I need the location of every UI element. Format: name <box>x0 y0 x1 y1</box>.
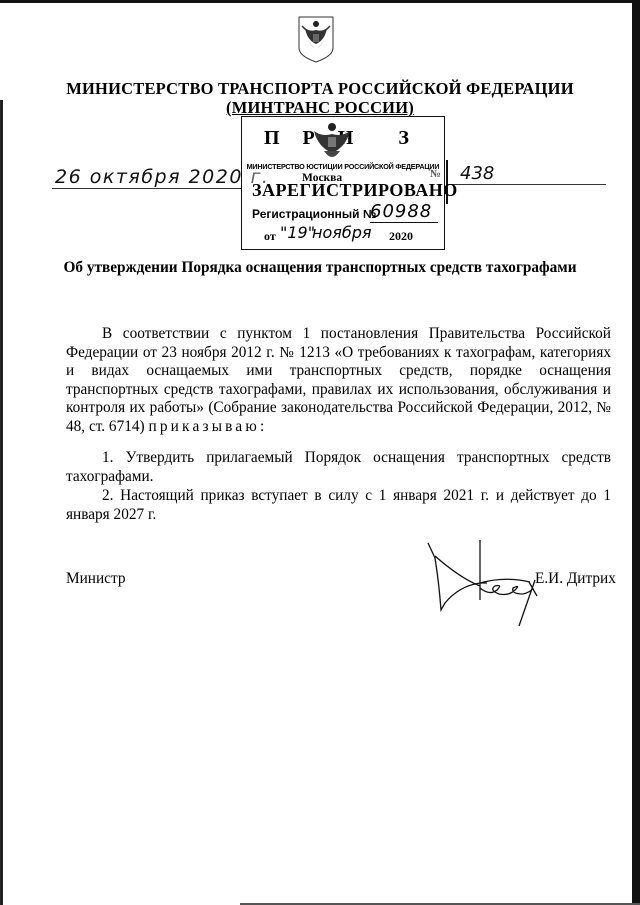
number-underline <box>448 184 606 185</box>
order-item-2-text: 2. Настоящий приказ вступает в силу с 1 … <box>66 487 611 524</box>
order-item-2: 2. Настоящий приказ вступает в силу с 1 … <box>66 487 611 524</box>
order-date-handwritten: 26 октября 2020 г. <box>55 166 269 188</box>
document-title: Об утверждении Порядка оснащения транспо… <box>0 259 640 277</box>
stamp-regno-label: Регистрационный № <box>252 207 376 221</box>
stamp-registered-label: ЗАРЕГИСТРИРОВАНО <box>252 180 458 201</box>
preamble-paragraph: В соответствии с пунктом 1 постановления… <box>66 325 611 436</box>
order-item-1-text: 1. Утвердить прилагаемый Порядок оснащен… <box>66 449 611 486</box>
stamp-justice-ministry: МИНИСТЕРСТВО ЮСТИЦИИ РОССИЙСКОЙ ФЕДЕРАЦИ… <box>242 162 444 171</box>
signer-name: Е.И. Дитрих <box>535 570 616 588</box>
ministry-name: МИНИСТЕРСТВО ТРАНСПОРТА РОССИЙСКОЙ ФЕДЕР… <box>0 79 640 99</box>
stamp-date-day: "19" <box>280 223 315 242</box>
signer-position: Министр <box>66 570 125 588</box>
stamp-eagle-icon <box>310 119 354 161</box>
handwritten-signature-icon <box>425 538 545 628</box>
registration-stamp: П Р ИЗ МИНИСТЕРСТВО ЮСТИЦИИ РОССИЙСКОЙ Ф… <box>241 116 445 250</box>
date-underline <box>52 188 242 189</box>
ministry-short-name: (МИНТРАНС РОССИИ) <box>0 98 640 118</box>
scan-border-top <box>0 0 640 3</box>
order-item-1: 1. Утвердить прилагаемый Порядок оснащен… <box>66 449 611 486</box>
order-number-handwritten: 438 <box>460 163 494 184</box>
stamp-date-month: ноября <box>312 223 372 242</box>
scan-border-right <box>632 0 640 905</box>
order-word: приказываю: <box>148 418 267 435</box>
stamp-regno-value: 60988 <box>370 201 438 223</box>
coat-of-arms-icon <box>297 14 335 64</box>
scan-border-left <box>0 100 3 905</box>
stamp-date-label: от <box>264 229 276 244</box>
stamp-date-year: 2020 <box>389 229 413 244</box>
